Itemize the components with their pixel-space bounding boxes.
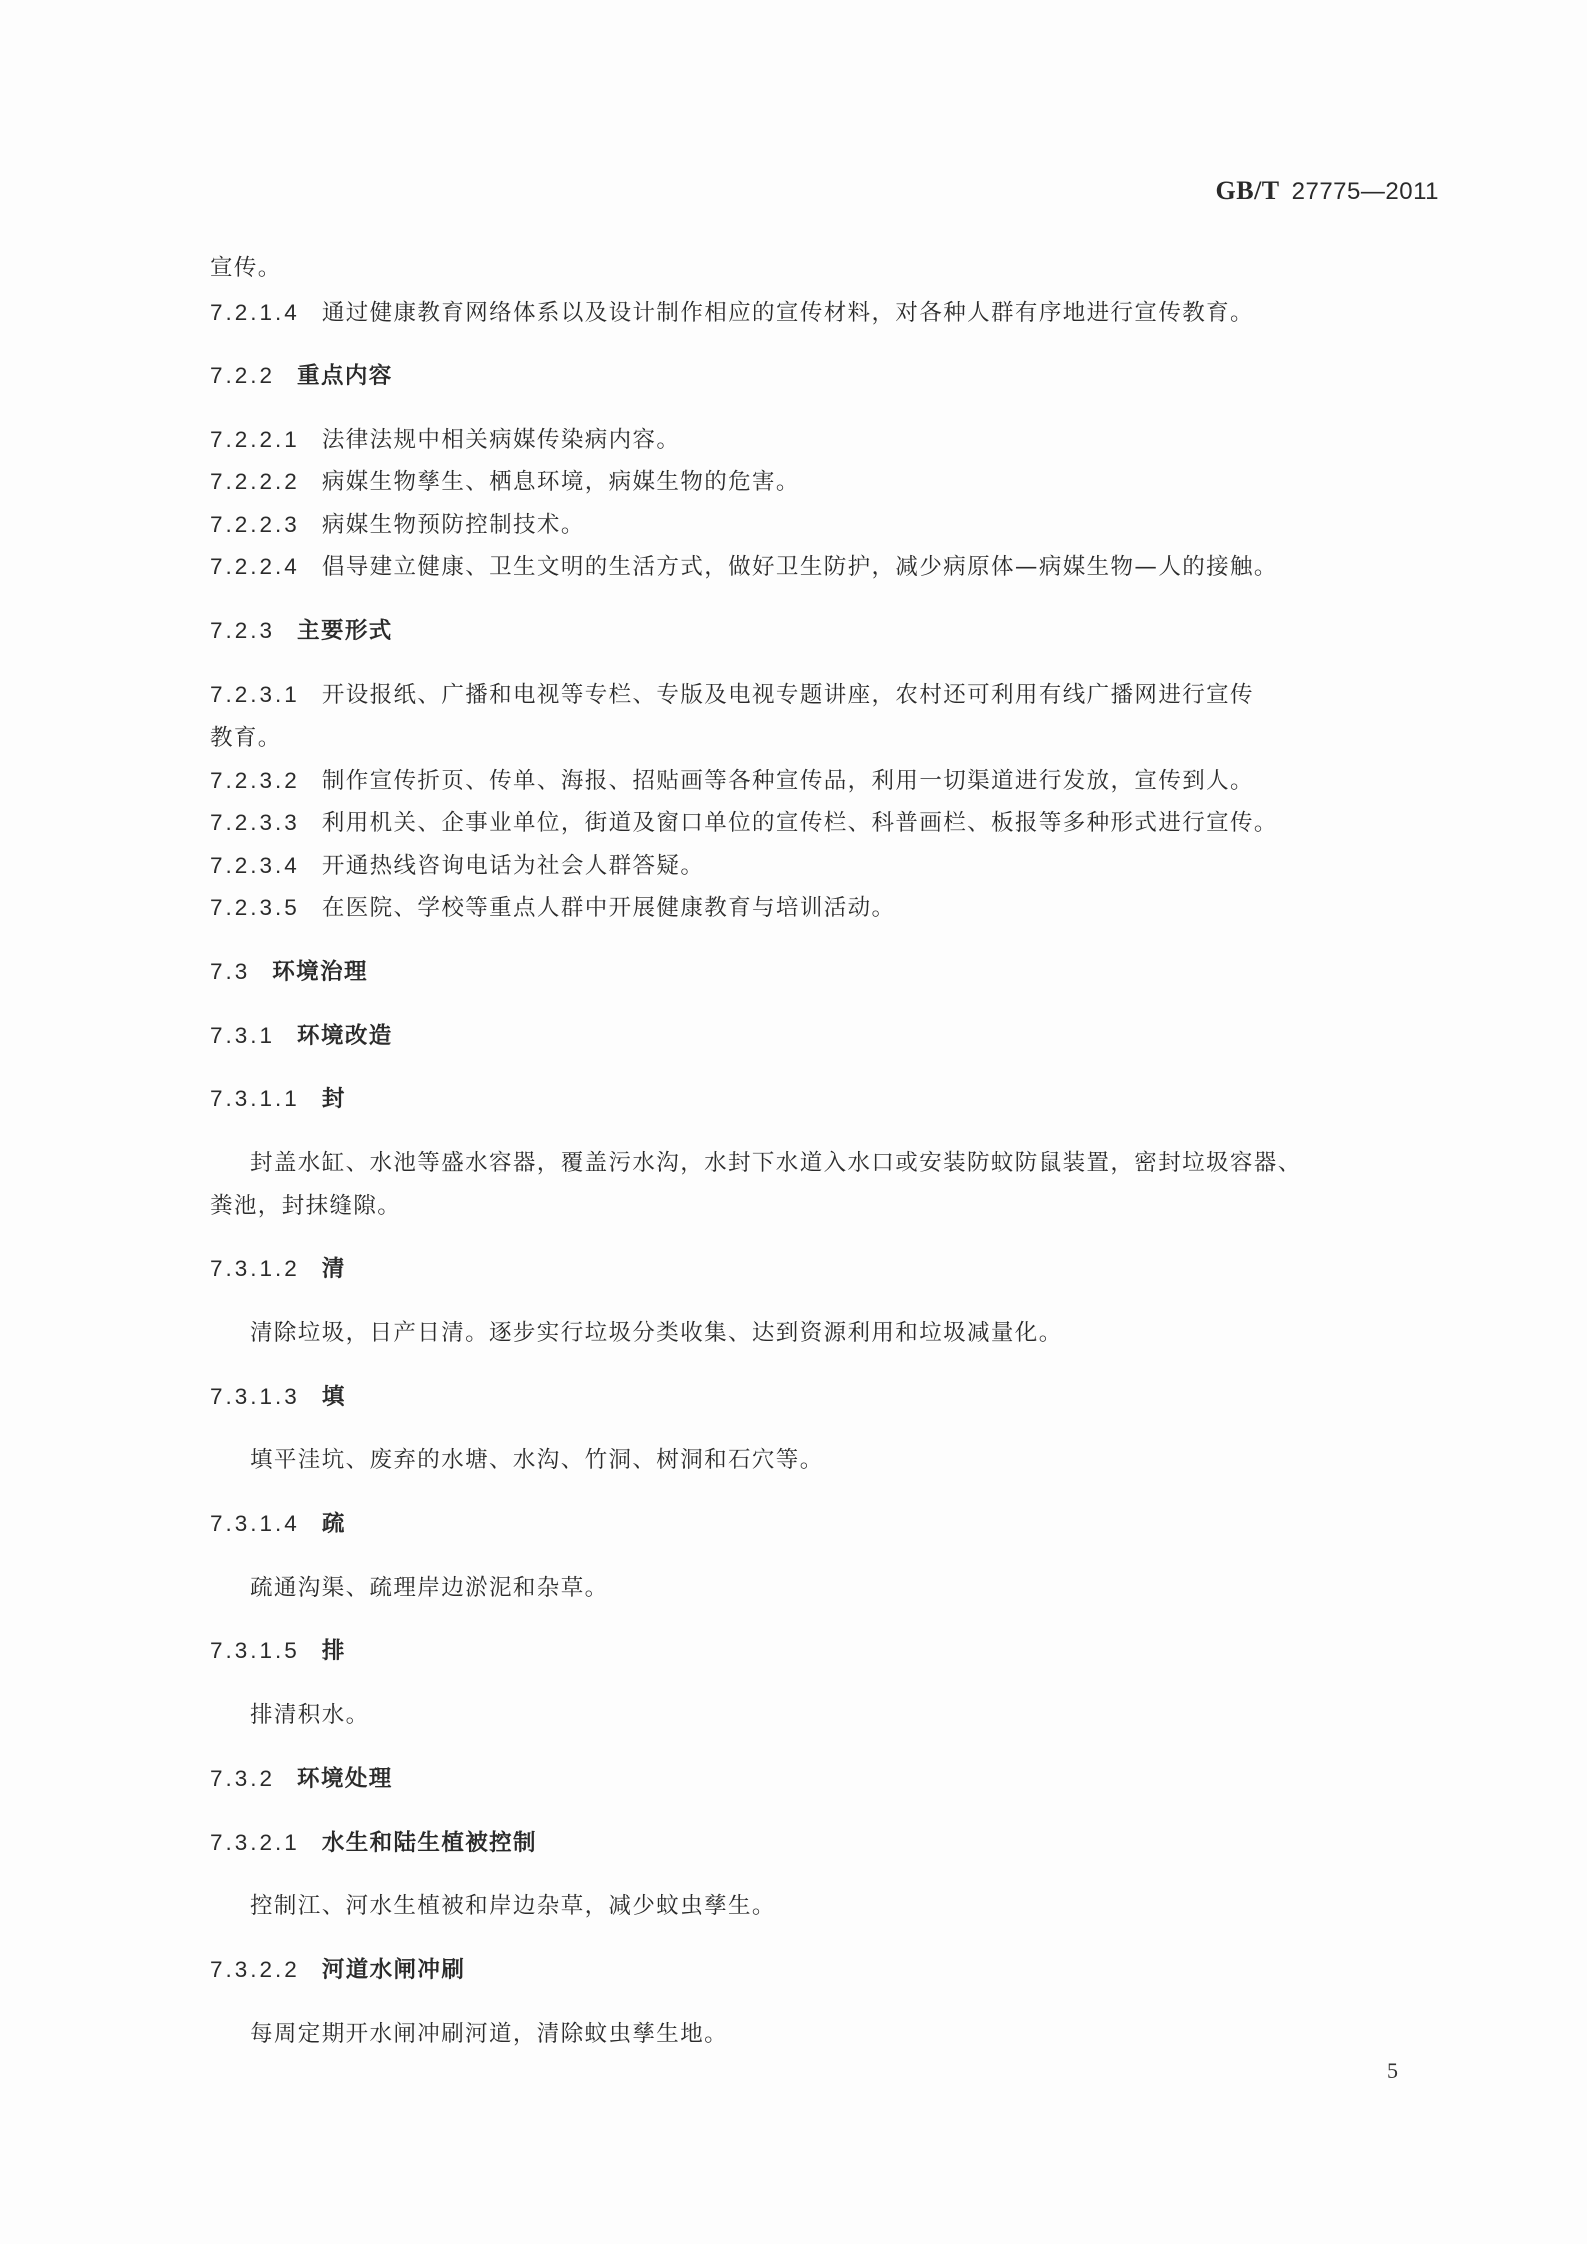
clause-text: 填平洼坑、废弃的水塘、水沟、竹洞、树洞和石穴等。 xyxy=(250,1447,824,1473)
heading-title: 排 xyxy=(322,1638,346,1664)
heading-title: 环境治理 xyxy=(272,959,368,985)
clause-number: 7.2.2.1 xyxy=(210,425,300,455)
section-heading: 7.3.1.4疏 xyxy=(210,1509,1450,1539)
clause-item: 7.2.1.4通过健康教育网络体系以及设计制作相应的宣传材料，对各种人群有序地进… xyxy=(210,298,1450,328)
clause-number: 7.2.1.4 xyxy=(210,298,300,328)
clause-item: 7.2.3.4开通热线咨询电话为社会人群答疑。 xyxy=(210,851,1450,881)
paragraph-text: 控制江、河水生植被和岸边杂草，减少蚊虫孳生。 xyxy=(250,1891,1490,1921)
clause-number: 7.2.3.5 xyxy=(210,893,300,923)
clause-number: 7.2.2.4 xyxy=(210,552,300,582)
heading-title: 封 xyxy=(322,1086,346,1112)
clause-text: 倡导建立健康、卫生文明的生活方式，做好卫生防护，减少病原体—病媒生物—人的接触。 xyxy=(322,554,1278,580)
paragraph-text: 封盖水缸、水池等盛水容器，覆盖污水沟，水封下水道入水口或安装防蚊防鼠装置，密封垃… xyxy=(250,1148,1490,1178)
paragraph-text: 教育。 xyxy=(210,723,1450,753)
clause-item: 7.2.3.3利用机关、企事业单位，街道及窗口单位的宣传栏、科普画栏、板报等多种… xyxy=(210,808,1450,838)
clause-number: 7.2.3.3 xyxy=(210,808,300,838)
clause-text: 宣传。 xyxy=(210,255,282,281)
clause-text: 开设报纸、广播和电视等专栏、专版及电视专题讲座，农村还可利用有线广播网进行宣传 xyxy=(322,682,1254,708)
paragraph-text: 宣传。 xyxy=(210,253,1450,283)
heading-title: 环境处理 xyxy=(297,1766,393,1792)
clause-text: 在医院、学校等重点人群中开展健康教育与培训活动。 xyxy=(322,895,896,921)
clause-item: 7.2.3.5在医院、学校等重点人群中开展健康教育与培训活动。 xyxy=(210,893,1450,923)
heading-title: 清 xyxy=(322,1256,346,1282)
clause-text: 病媒生物预防控制技术。 xyxy=(322,512,585,538)
section-heading: 7.3.1.2清 xyxy=(210,1254,1450,1284)
heading-title: 水生和陆生植被控制 xyxy=(322,1830,537,1856)
document-page: GB/T27775—2011 宣传。7.2.1.4通过健康教育网络体系以及设计制… xyxy=(0,0,1587,2244)
paragraph-text: 每周定期开水闸冲刷河道，清除蚊虫孳生地。 xyxy=(250,2019,1490,2049)
clause-number: 7.2.2 xyxy=(210,361,275,391)
paragraph-text: 清除垃圾，日产日清。逐步实行垃圾分类收集、达到资源利用和垃圾减量化。 xyxy=(250,1318,1490,1348)
clause-number: 7.2.3.2 xyxy=(210,766,300,796)
heading-title: 环境改造 xyxy=(297,1023,393,1049)
heading-title: 河道水闸冲刷 xyxy=(322,1957,465,1983)
clause-number: 7.3.1 xyxy=(210,1021,275,1051)
heading-title: 重点内容 xyxy=(297,363,393,389)
section-heading: 7.3.1.3填 xyxy=(210,1382,1450,1412)
clause-text: 教育。 xyxy=(210,725,282,751)
clause-number: 7.3.1.3 xyxy=(210,1382,300,1412)
standard-prefix: GB/T xyxy=(1216,176,1280,205)
clause-text: 制作宣传折页、传单、海报、招贴画等各种宣传品，利用一切渠道进行发放，宣传到人。 xyxy=(322,768,1254,794)
clause-number: 7.3.1.1 xyxy=(210,1084,300,1114)
standard-number: 27775—2011 xyxy=(1292,178,1439,205)
paragraph-text: 粪池，封抹缝隙。 xyxy=(210,1191,1450,1221)
clause-text: 清除垃圾，日产日清。逐步实行垃圾分类收集、达到资源利用和垃圾减量化。 xyxy=(250,1320,1063,1346)
clause-text: 开通热线咨询电话为社会人群答疑。 xyxy=(322,853,704,879)
standard-code-header: GB/T27775—2011 xyxy=(1216,176,1440,206)
clause-item: 7.2.2.3病媒生物预防控制技术。 xyxy=(210,510,1450,540)
clause-number: 7.2.2.2 xyxy=(210,467,300,497)
paragraph-text: 排清积水。 xyxy=(250,1700,1490,1730)
clause-item: 7.2.2.4倡导建立健康、卫生文明的生活方式，做好卫生防护，减少病原体—病媒生… xyxy=(210,552,1450,582)
paragraph-text: 填平洼坑、废弃的水塘、水沟、竹洞、树洞和石穴等。 xyxy=(250,1445,1490,1475)
section-heading: 7.3.1.5排 xyxy=(210,1636,1450,1666)
clause-number: 7.3.1.4 xyxy=(210,1509,300,1539)
clause-number: 7.3.2.1 xyxy=(210,1828,300,1858)
clause-item: 7.2.3.1开设报纸、广播和电视等专栏、专版及电视专题讲座，农村还可利用有线广… xyxy=(210,680,1450,710)
paragraph-text: 疏通沟渠、疏理岸边淤泥和杂草。 xyxy=(250,1573,1490,1603)
clause-number: 7.2.3.1 xyxy=(210,680,300,710)
heading-title: 疏 xyxy=(322,1511,346,1537)
clause-number: 7.2.3.4 xyxy=(210,851,300,881)
clause-number: 7.3.1.5 xyxy=(210,1636,300,1666)
clause-text: 封盖水缸、水池等盛水容器，覆盖污水沟，水封下水道入水口或安装防蚊防鼠装置，密封垃… xyxy=(250,1150,1302,1176)
clause-text: 通过健康教育网络体系以及设计制作相应的宣传材料，对各种人群有序地进行宣传教育。 xyxy=(322,300,1254,326)
clause-item: 7.2.2.1法律法规中相关病媒传染病内容。 xyxy=(210,425,1450,455)
section-heading: 7.3.2.1水生和陆生植被控制 xyxy=(210,1828,1450,1858)
section-heading: 7.2.2重点内容 xyxy=(210,361,1450,391)
clause-text: 粪池，封抹缝隙。 xyxy=(210,1193,401,1219)
heading-title: 主要形式 xyxy=(297,618,393,644)
section-heading: 7.3.2环境处理 xyxy=(210,1764,1450,1794)
clause-text: 利用机关、企事业单位，街道及窗口单位的宣传栏、科普画栏、板报等多种形式进行宣传。 xyxy=(322,810,1278,836)
clause-number: 7.3.1.2 xyxy=(210,1254,300,1284)
clause-item: 7.2.2.2病媒生物孳生、栖息环境，病媒生物的危害。 xyxy=(210,467,1450,497)
clause-text: 排清积水。 xyxy=(250,1702,370,1728)
clause-item: 7.2.3.2制作宣传折页、传单、海报、招贴画等各种宣传品，利用一切渠道进行发放… xyxy=(210,766,1450,796)
clause-text: 病媒生物孳生、栖息环境，病媒生物的危害。 xyxy=(322,469,800,495)
section-heading: 7.3.1环境改造 xyxy=(210,1021,1450,1051)
clause-number: 7.2.3 xyxy=(210,616,275,646)
section-heading: 7.2.3主要形式 xyxy=(210,616,1450,646)
page-number: 5 xyxy=(1387,2058,1398,2084)
heading-title: 填 xyxy=(322,1384,346,1410)
clause-number: 7.3 xyxy=(210,957,250,987)
clause-text: 每周定期开水闸冲刷河道，清除蚊虫孳生地。 xyxy=(250,2021,728,2047)
clause-number: 7.2.2.3 xyxy=(210,510,300,540)
clause-number: 7.3.2 xyxy=(210,1764,275,1794)
clause-text: 法律法规中相关病媒传染病内容。 xyxy=(322,427,681,453)
section-heading: 7.3.1.1封 xyxy=(210,1084,1450,1114)
clause-text: 疏通沟渠、疏理岸边淤泥和杂草。 xyxy=(250,1575,609,1601)
section-heading: 7.3环境治理 xyxy=(210,957,1450,987)
clause-number: 7.3.2.2 xyxy=(210,1955,300,1985)
section-heading: 7.3.2.2河道水闸冲刷 xyxy=(210,1955,1450,1985)
clause-text: 控制江、河水生植被和岸边杂草，减少蚊虫孳生。 xyxy=(250,1893,776,1919)
